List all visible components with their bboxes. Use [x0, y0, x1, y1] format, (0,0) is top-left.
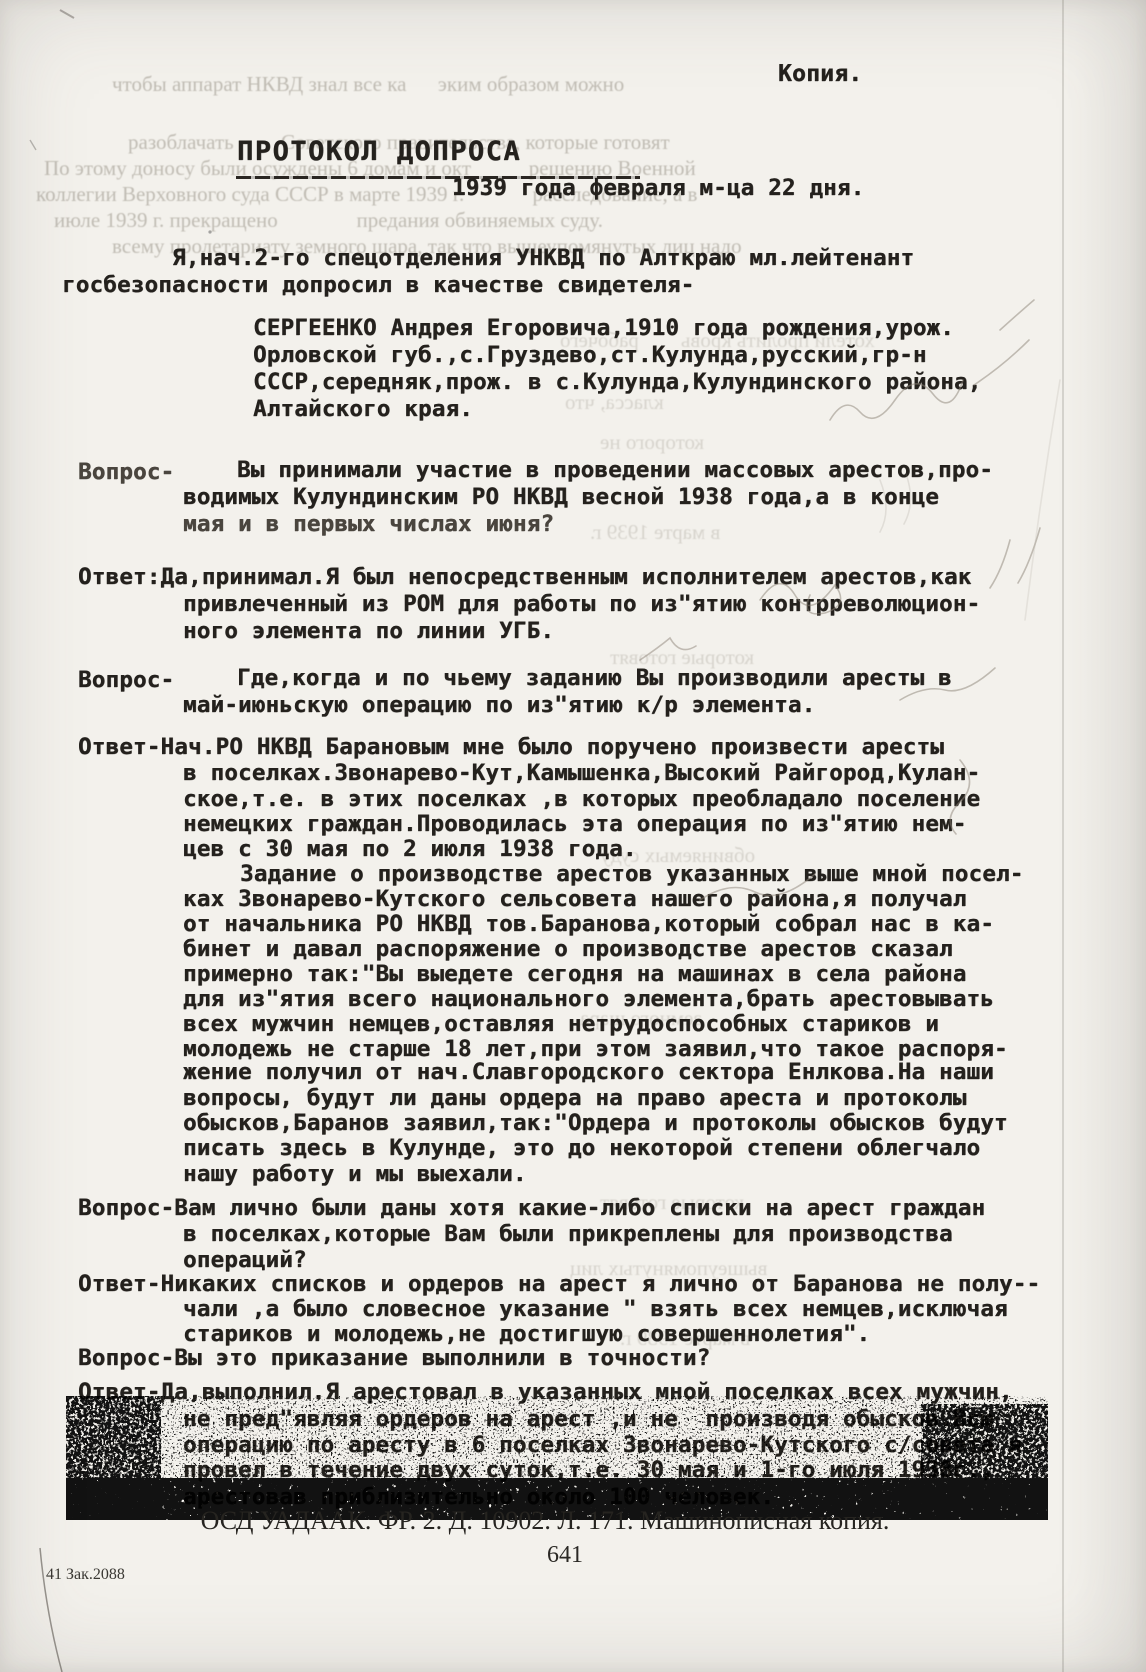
typed-line: СЕРГЕЕНКО Андрея Егоровича,1910 года рож… — [253, 316, 954, 340]
typed-line: молодежь не старше 18 лет,при этом заяви… — [183, 1037, 1008, 1061]
typed-line: Ответ:Да,принимал.Я был непосредственным… — [78, 565, 972, 589]
page-number: 641 — [0, 1542, 1130, 1569]
typed-line: писать здесь в Кулунде, это до некоторой… — [183, 1136, 980, 1160]
typed-line: от начальника РО НКВД тов.Баранова,котор… — [183, 912, 994, 936]
typed-line: Где,когда и по чьему заданию Вы производ… — [237, 666, 952, 690]
typed-line: Задание о производстве арестов указанных… — [240, 862, 1024, 886]
date-line: 1939 года февраля м-ца 22 дня. — [452, 176, 864, 200]
bleedthrough-line: в марте 1939 г. — [590, 520, 720, 545]
typed-line: Вы принимали участие в проведении массов… — [237, 458, 993, 482]
typed-line: Вопрос- — [78, 668, 174, 692]
typed-line: нашу работу и мы выехали. — [183, 1162, 527, 1186]
bleedthrough-line: июле 1939 г. прекращено предания обвиняе… — [54, 208, 603, 233]
bleedthrough-line: чтобы аппарат НКВД знал все ка эким обра… — [112, 72, 624, 97]
typed-line: Алтайского края. — [253, 397, 473, 421]
typed-line: жение получил от нач.Славгородского сект… — [183, 1060, 994, 1084]
typed-line: Я,нач.2-го спецотделения УНКВД по Алткра… — [172, 246, 914, 270]
typed-line: всех мужчин немцев,оставляя нетрудоспосо… — [183, 1012, 939, 1036]
typed-line: операций? — [183, 1248, 307, 1272]
typed-line: привлеченный из РОМ для работы по из"яти… — [183, 592, 980, 616]
typed-line: для из"ятия всего национального элемента… — [183, 987, 994, 1011]
typed-line: провел в течение двух суток,т.е. 30 мая … — [183, 1458, 994, 1482]
bleedthrough-line: которого не — [600, 430, 704, 455]
printer-mark: 41 Зак.2088 — [46, 1566, 125, 1584]
typed-line: стариков и молодежь,не достигшую соверше… — [183, 1322, 870, 1346]
typed-line: операцию по аресту в 6 поселках Звонарев… — [183, 1433, 1022, 1457]
typed-line: Ответ-Никаких списков и ордеров на арест… — [78, 1272, 1040, 1296]
typed-line: Ответ-Да,выполнил.Я арестовал в указанны… — [78, 1380, 1013, 1404]
typed-line: ках Звонарево-Кутского сельсовета нашего… — [183, 887, 967, 911]
typed-line: СССР,середняк,прож. в с.Кулунда,Кулундин… — [253, 370, 982, 394]
typed-line: в поселках.Звонарево-Кут,Камышенка,Высок… — [183, 761, 980, 785]
typed-line: бинет и давал распоряжение о производств… — [183, 937, 953, 961]
scanned-document-page: чтобы аппарат НКВД знал все ка эким обра… — [0, 0, 1146, 1672]
typed-line: ское,т.е. в этих поселках ,в которых пре… — [183, 787, 980, 811]
typed-line: обысков,Баранов заявил,так:"Ордера и про… — [183, 1111, 1008, 1135]
typed-line: мая и в первых числах июня? — [183, 512, 554, 536]
typed-line: Вопрос- — [78, 460, 174, 484]
typed-line: Вопрос-Вы это приказание выполнили в точ… — [78, 1346, 710, 1370]
typed-line: Ответ-Нач.РО НКВД Барановым мне было пор… — [78, 735, 944, 759]
typed-line: не пред"являя ордеров на арест ,и не про… — [183, 1407, 994, 1431]
typed-line: водимых Кулундинским РО НКВД весной 1938… — [183, 485, 939, 509]
archive-caption: ОСД УАДААК. ФР. 2. Д. 10902. Л. 171. Маш… — [0, 1506, 1090, 1536]
typed-line: май-июньскую операцию по из"ятию к/р эле… — [183, 693, 815, 717]
typed-line: в поселках,которые Вам были прикреплены … — [183, 1222, 953, 1246]
typed-line: ного элемента по линии УГБ. — [183, 619, 554, 643]
gutter-shading — [1064, 0, 1146, 1672]
typed-line: Орловской губ.,с.Груздево,ст.Кулунда,рус… — [253, 343, 927, 367]
typed-line: вопросы, будут ли даны ордера на право а… — [183, 1086, 967, 1110]
typed-line: чали ,а было словесное указание " взять … — [183, 1297, 1008, 1321]
typed-line: примерно так:"Вы выедете сегодня на маши… — [183, 962, 967, 986]
typed-line: цев с 30 мая по 2 июля 1938 года. — [183, 837, 637, 861]
typed-line: госбезопасности допросил в качестве свид… — [62, 273, 694, 297]
typed-line: Вопрос-Вам лично были даны хотя какие-ли… — [78, 1196, 985, 1220]
document-title: ПРОТОКОЛ ДОПРОСА — [237, 140, 521, 164]
copy-label: Копия. — [778, 62, 862, 86]
typed-line: немецких граждан.Проводилась эта операци… — [183, 812, 967, 836]
